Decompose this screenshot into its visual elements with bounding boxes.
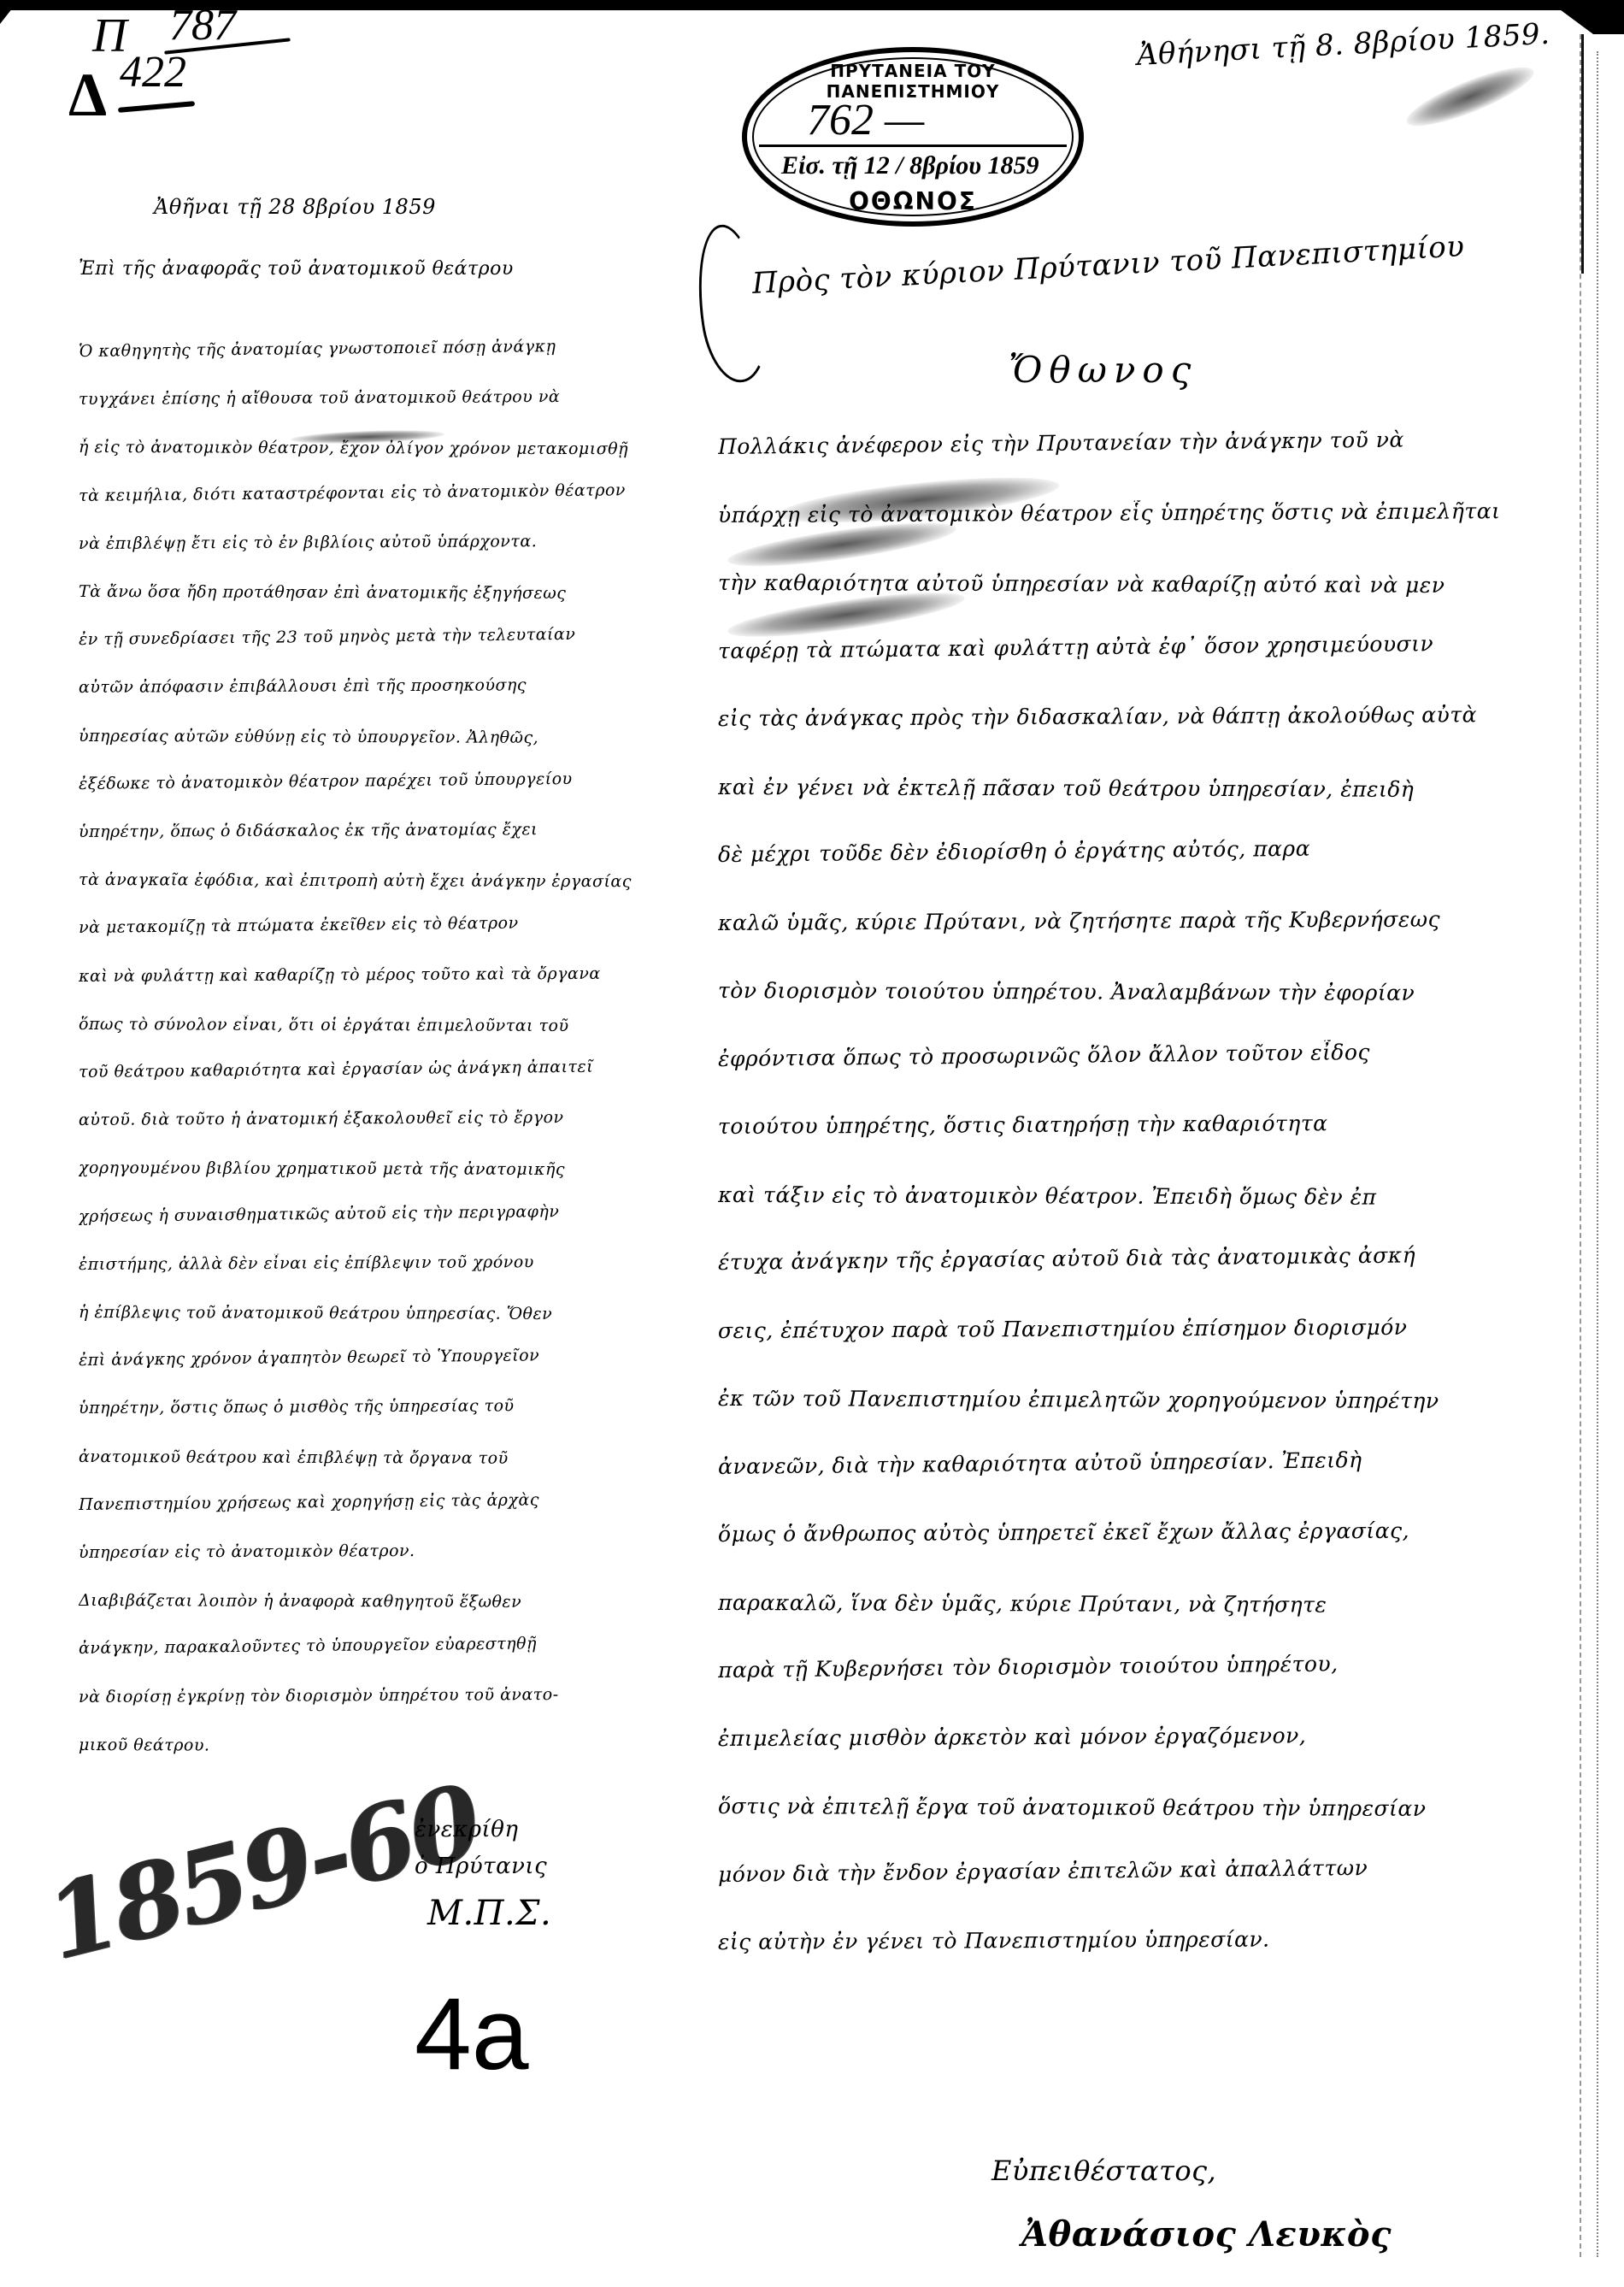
letter-signature: Ἀθανάσιος Λευκὸς bbox=[1021, 2214, 1392, 2255]
archive-delta-number: 422 bbox=[120, 47, 186, 97]
margin-note-line: τυγχάνει ἐπίσης ἡ αἴθουσα τοῦ ἀνατομικοῦ… bbox=[79, 386, 694, 409]
margin-subject: Ἐπὶ τῆς ἀναφορᾶς τοῦ ἀνατομικοῦ θεάτρου bbox=[79, 258, 514, 280]
letter-body-line: Πολλάκις ἀνέφερον εἰς τὴν Πρυτανείαν τὴν… bbox=[718, 426, 1573, 459]
letter-body-line: ὅμως ὁ ἄνθρωπος αὐτὸς ὑπηρετεῖ ἐκεῖ ἔχων… bbox=[718, 1518, 1573, 1547]
letter-body-line: δὲ μέχρι τοῦδε δὲν ἐδιορίσθη ὁ ἐργάτης α… bbox=[718, 834, 1573, 867]
margin-note-line: τὰ ἀναγκαῖα ἐφόδια, καὶ ἐπιτροπὴ αὐτὴ ἔχ… bbox=[79, 870, 694, 892]
margin-note-line: τὰ κειμήλια, διότι καταστρέφονται εἰς τὸ… bbox=[79, 480, 694, 505]
margin-note-line: καὶ νὰ φυλάττῃ καὶ καθαρίζῃ τὸ μέρος τοῦ… bbox=[79, 964, 694, 986]
margin-note-line: Ὁ καθηγητὴς τῆς ἀνατομίας γνωστοποιεῖ πό… bbox=[79, 335, 694, 361]
letter-body-line: τοιούτου ὑπηρέτης, ὅστις διατηρήσῃ τὴν κ… bbox=[718, 1110, 1573, 1139]
archive-delta-label: Δ bbox=[68, 60, 107, 131]
scan-corner-right bbox=[1547, 0, 1624, 34]
margin-note-line: ἐν τῇ συνεδρίασει τῆς 23 τοῦ μηνὸς μετὰ … bbox=[79, 624, 694, 650]
margin-note-line: τοῦ θεάτρου καθαριότητα καὶ ἐργασίαν ὡς … bbox=[79, 1056, 694, 1082]
margin-note-line: χορηγουμένου βιβλίου χρηματικοῦ μετὰ τῆς… bbox=[79, 1158, 694, 1180]
margin-dateline: Ἀθῆναι τῇ 28 8βρίου 1859 bbox=[154, 195, 436, 219]
letter-body-line: παρὰ τῇ Κυβερνήσει τὸν διορισμὸν τοιούτο… bbox=[718, 1649, 1573, 1683]
paper-edge-right-outer bbox=[1597, 51, 1600, 2257]
letter-body-line: σεις, ἐπέτυχον παρὰ τοῦ Πανεπιστημίου ἐπ… bbox=[718, 1313, 1573, 1342]
margin-note-line: ὅπως τὸ σύνολον εἶναι, ὅτι οἱ ἐργάται ἐπ… bbox=[79, 1015, 694, 1036]
margin-note-line: Τὰ ἄνω ὅσα ἤδη προτάθησαν ἐπὶ ἀνατομικῆς… bbox=[79, 582, 694, 604]
letter-body-line: τὴν καθαριότητα αὐτοῦ ὑπηρεσίαν νὰ καθαρ… bbox=[718, 570, 1573, 598]
letter-body-line: καλῶ ὑμᾶς, κύριε Πρύτανι, νὰ ζητήσητε πα… bbox=[718, 905, 1573, 934]
archive-pi-number: 787 bbox=[169, 0, 236, 50]
letter-closing: Εὐπειθέστατος, bbox=[991, 2154, 1216, 2187]
margin-note-line: νὰ μετακομίζῃ τὰ πτώματα ἐκεῖθεν εἰς τὸ … bbox=[79, 912, 694, 938]
scan-corner-left bbox=[0, 0, 19, 24]
stamp-received-date: Εἰσ. τῇ 12 / 8βρίου 1859 bbox=[781, 151, 1039, 180]
margin-note-line: αὐτῶν ἀπόφασιν ἐπιβάλλουσι ἐπὶ τῆς προση… bbox=[79, 675, 694, 698]
margin-note-line: ὑπηρεσίαν εἰς τὸ ἀνατομικὸν θέατρον. bbox=[79, 1540, 694, 1562]
stamp-protocol-number: 762 — bbox=[807, 95, 924, 145]
letter-dateline: Ἀθήνησι τῇ 8. 8βρίου 1859. bbox=[1136, 17, 1550, 73]
letter-body-line: μόνον διὰ τὴν ἔνδον ἐργασίαν ἐπιτελῶν κα… bbox=[718, 1853, 1573, 1886]
margin-note-line: Πανεπιστημίου χρήσεως καὶ χορηγήσῃ εἰς τ… bbox=[79, 1488, 694, 1514]
margin-note-line: ὑπηρέτην, ὅστις ὅπως ὁ μισθὸς τῆς ὑπηρεσ… bbox=[79, 1396, 694, 1418]
letter-body-line: καὶ τάξιν εἰς τὸ ἀνατομικὸν θέατρον. Ἐπε… bbox=[718, 1182, 1573, 1210]
approval-line-1: ἐνεκρίθη bbox=[415, 1817, 518, 1842]
margin-note-line: ὑπηρέτην, ὅπως ὁ διδάσκαλος ἐκ τῆς ἀνατο… bbox=[79, 819, 694, 841]
archive-delta-rule bbox=[118, 101, 195, 113]
letter-body-line: καὶ ἐν γένει νὰ ἐκτελῇ πᾶσαν τοῦ θεάτρου… bbox=[718, 775, 1573, 802]
approval-initials: Μ.Π.Σ. bbox=[427, 1894, 551, 1933]
scanned-letter-page: Π 787 Δ 422 ΠΡΥΤΑΝΕΙΑ ΤΟΥ ΠΑΝΕΠΙΣΤΗΜΙΟΥ … bbox=[0, 0, 1624, 2287]
letter-body-line: έτυχα ἀνάγκην τῆς ἐργασίας αὐτοῦ διὰ τὰς… bbox=[718, 1241, 1573, 1275]
margin-note-line: ἐπιστήμης, ἀλλὰ δὲν εἶναι εἰς ἐπίβλεψιν … bbox=[79, 1252, 694, 1274]
scan-top-edge bbox=[0, 0, 1624, 10]
margin-note-line: ὑπηρεσίας αὐτῶν εὐθύνῃ εἰς τὸ ὑπουργεῖον… bbox=[79, 727, 694, 748]
margin-note-line: νὰ ἐπιβλέψῃ ἔτι εἰς τὸ ἐν βιβλίοις αὐτοῦ… bbox=[79, 531, 694, 553]
margin-note-line: ἀνατομικοῦ θεάτρου καὶ ἐπιβλέψῃ τὰ ὄργαν… bbox=[79, 1447, 694, 1469]
salutation-line-1: Πρὸς τὸν κύριον Πρύτανιν τοῦ Πανεπιστημί… bbox=[751, 229, 1465, 301]
margin-note-line: νὰ διορίσῃ ἐγκρίνῃ τὸν διορισμὸν ὑπηρέτο… bbox=[79, 1684, 694, 1706]
letter-body-line: ταφέρῃ τὰ πτώματα καὶ φυλάττῃ αὐτὰ ἐφ᾽ ὅ… bbox=[718, 629, 1573, 663]
letter-body-line: τὸν διορισμὸν τοιούτου ὑπηρέτου. Ἀναλαμβ… bbox=[718, 978, 1573, 1005]
salutation-line-2: Ὄθωνος bbox=[1009, 349, 1197, 391]
letter-body-line: εἰς αὐτὴν ἐν γένει τὸ Πανεπιστημίου ὑπηρ… bbox=[718, 1925, 1573, 1954]
letter-body-line: ἐκ τῶν τοῦ Πανεπιστημίου ἐπιμελητῶν χορη… bbox=[718, 1386, 1573, 1413]
margin-note-line: Διαβιβάζεται λοιπὸν ἡ ἀναφορὰ καθηγητοῦ … bbox=[79, 1591, 694, 1612]
margin-note-line: ἡ ἐπίβλεψις τοῦ ἀνατομικοῦ θεάτρου ὑπηρε… bbox=[79, 1303, 694, 1324]
letter-body-line: ἐφρόντισα ὅπως τὸ προσωρινῶς ὅλον ἄλλον … bbox=[718, 1037, 1573, 1070]
margin-note-line: ἀνάγκην, παρακαλοῦντες τὸ ὑπουργεῖον εὐα… bbox=[79, 1633, 694, 1659]
margin-note-line: ἐπὶ ἀνάγκης χρόνον ἀγαπητὸν θεωρεῖ τὸ Ὑπ… bbox=[79, 1345, 694, 1370]
letter-body-line: ὅστις νὰ ἐπιτελῇ ἔργα τοῦ ἀνατομικοῦ θεά… bbox=[718, 1794, 1573, 1821]
letter-body-line: εἰς τὰς ἀνάγκας πρὸς τὴν διδασκαλίαν, νὰ… bbox=[718, 702, 1573, 731]
stamp-bottom-text: ΟΘΩΝΟΣ bbox=[747, 187, 1079, 215]
paper-edge-right bbox=[1580, 34, 1583, 2257]
margin-note-line: ἐξέδωκε τὸ ἀνατομικὸν θέατρον παρέχει το… bbox=[79, 768, 694, 793]
approval-line-2: ὁ Πρύτανις bbox=[415, 1854, 547, 1879]
letter-body-line: ἐπιμελείας μισθὸν ἀρκετὸν καὶ μόνον ἐργα… bbox=[718, 1721, 1573, 1750]
folio-number: 4a bbox=[415, 1975, 528, 2093]
salutation-initial-flourish bbox=[688, 221, 774, 387]
letter-body-line: ἀνανεῶν, διὰ τὴν καθαριότητα αὐτοῦ ὑπηρε… bbox=[718, 1445, 1573, 1478]
letter-body-line: παρακαλῶ, ἵνα δὲν ὑμᾶς, κύριε Πρύτανι, ν… bbox=[718, 1590, 1573, 1618]
margin-note-line: χρήσεως ἡ συναισθηματικῶς αὐτοῦ εἰς τὴν … bbox=[79, 1200, 694, 1226]
ink-smudge bbox=[1401, 56, 1539, 136]
university-stamp: ΠΡΥΤΑΝΕΙΑ ΤΟΥ ΠΑΝΕΠΙΣΤΗΜΙΟΥ 762 — Εἰσ. τ… bbox=[742, 47, 1084, 227]
margin-note-line: αὐτοῦ. διὰ τοῦτο ἡ ἀνατομική ἐξακολουθεῖ… bbox=[79, 1107, 694, 1129]
margin-note-line: μικοῦ θεάτρου. bbox=[79, 1736, 694, 1757]
